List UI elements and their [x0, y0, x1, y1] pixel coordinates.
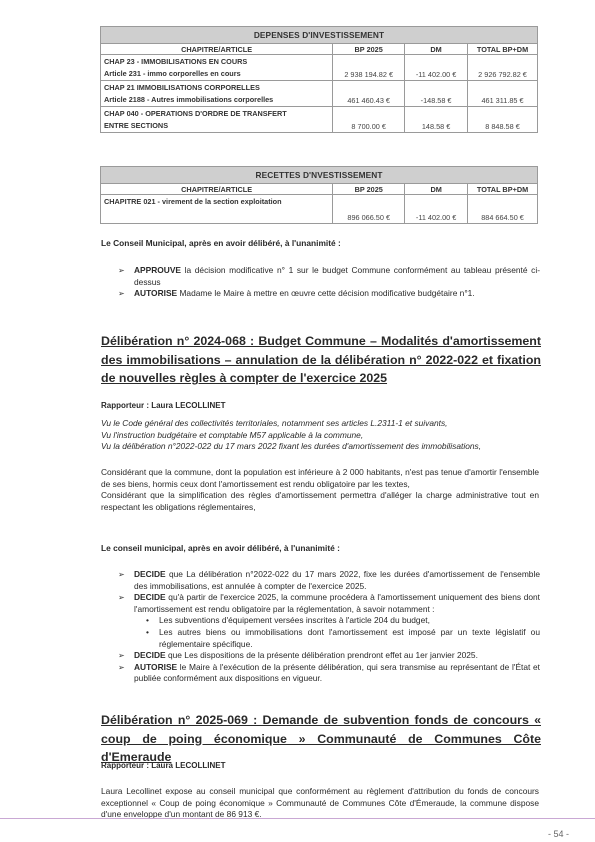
arrow-bullet-icon: ➢ — [118, 662, 125, 674]
council-intro: Le Conseil Municipal, après en avoir dél… — [101, 238, 341, 250]
decision-list: ➢DECIDE que La délibération n°2022-022 d… — [120, 569, 540, 685]
table-row: CHAP 040 - OPERATIONS D'ORDRE DE TRANSFE… — [101, 107, 538, 133]
dm-value: -11 402.00 € — [405, 195, 468, 224]
arrow-bullet-icon: ➢ — [118, 265, 125, 277]
deliberation-heading: Délibération n° 2024-068 : Budget Commun… — [101, 332, 541, 388]
council-intro: Le conseil municipal, après en avoir dél… — [101, 543, 340, 555]
decision-item: ➢DECIDE que La délibération n°2022-022 d… — [120, 569, 540, 592]
total-value: 884 664.50 € — [468, 195, 538, 224]
column-header: BP 2025 — [333, 44, 405, 55]
arrow-bullet-icon: ➢ — [118, 569, 125, 581]
column-header: CHAPITRE/ARTICLE — [101, 184, 333, 195]
decision-item: ➢AUTORISE le Maire à l'exécution de la p… — [120, 662, 540, 685]
total-value: 2 926 792.82 € — [468, 55, 538, 81]
table-row: CHAPITRE 021 - virement de la section ex… — [101, 195, 538, 224]
chapter-label: CHAP 21 IMMOBILISATIONS CORPORELLES — [104, 82, 329, 94]
bp-value: 461 460.43 € — [333, 81, 405, 107]
rapporteur: Rapporteur : Laura LECOLLINET — [101, 760, 225, 772]
page-number: - 54 - — [548, 829, 569, 839]
arrow-bullet-icon: ➢ — [118, 288, 125, 300]
arrow-bullet-icon: ➢ — [118, 650, 125, 662]
arrow-bullet-icon: ➢ — [118, 592, 125, 604]
table-row: CHAP 23 - IMMOBILISATIONS EN COURSArticl… — [101, 55, 538, 81]
article-label: Article 2188 - Autres immobilisations co… — [104, 94, 329, 106]
dm-value: 148.58 € — [405, 107, 468, 133]
decision-item: ➢AUTORISE Madame le Maire à mettre en œu… — [120, 288, 540, 300]
sub-item: •Les autres biens ou immobilisations don… — [146, 627, 540, 650]
column-header: CHAPITRE/ARTICLE — [101, 44, 333, 55]
chapter-label: CHAPITRE 021 - virement de la section ex… — [101, 195, 333, 224]
decision-item: ➢APPROUVE la décision modificative n° 1 … — [120, 265, 540, 288]
decision-item: ➢DECIDE qu'à partir de l'exercice 2025, … — [120, 592, 540, 650]
table-title: DEPENSES D'INVESTISSEMENT — [101, 27, 538, 44]
article-label: Article 231 - immo corporelles en cours — [104, 68, 329, 80]
total-value: 461 311.85 € — [468, 81, 538, 107]
column-header: DM — [405, 44, 468, 55]
sub-list: •Les subventions d'équipement versées in… — [134, 615, 540, 650]
dot-bullet-icon: • — [146, 627, 149, 639]
scan-artifact-line — [0, 818, 595, 819]
depenses-table: DEPENSES D'INVESTISSEMENT CHAPITRE/ARTIC… — [100, 26, 538, 133]
column-header: DM — [405, 184, 468, 195]
total-value: 8 848.58 € — [468, 107, 538, 133]
decision-list: ➢APPROUVE la décision modificative n° 1 … — [120, 265, 540, 300]
vu-clauses: Vu le Code général des collectivités ter… — [101, 418, 539, 453]
dm-value: -148.58 € — [405, 81, 468, 107]
deliberation-body: Laura Lecollinet expose au conseil munic… — [101, 786, 539, 821]
rapporteur: Rapporteur : Laura LECOLLINET — [101, 400, 225, 412]
column-header: TOTAL BP+DM — [468, 184, 538, 195]
recettes-table: RECETTES D'NVESTISSEMENT CHAPITRE/ARTICL… — [100, 166, 538, 224]
chapter-label: CHAP 23 - IMMOBILISATIONS EN COURS — [104, 56, 329, 68]
column-header: TOTAL BP+DM — [468, 44, 538, 55]
bp-value: 896 066.50 € — [333, 195, 405, 224]
chapter-label: CHAP 040 - OPERATIONS D'ORDRE DE TRANSFE… — [104, 108, 329, 120]
sub-item: •Les subventions d'équipement versées in… — [146, 615, 540, 627]
decision-item: ➢DECIDE que Les dispositions de la prése… — [120, 650, 540, 662]
considerant-clauses: Considérant que la commune, dont la popu… — [101, 467, 539, 513]
bp-value: 2 938 194.82 € — [333, 55, 405, 81]
document-page: DEPENSES D'INVESTISSEMENT CHAPITRE/ARTIC… — [0, 0, 595, 842]
bp-value: 8 700.00 € — [333, 107, 405, 133]
dm-value: -11 402.00 € — [405, 55, 468, 81]
column-header: BP 2025 — [333, 184, 405, 195]
dot-bullet-icon: • — [146, 615, 149, 627]
table-title: RECETTES D'NVESTISSEMENT — [101, 167, 538, 184]
deliberation-heading: Délibération n° 2025-069 : Demande de su… — [101, 711, 541, 767]
table-row: CHAP 21 IMMOBILISATIONS CORPORELLESArtic… — [101, 81, 538, 107]
article-label: ENTRE SECTIONS — [104, 120, 329, 132]
